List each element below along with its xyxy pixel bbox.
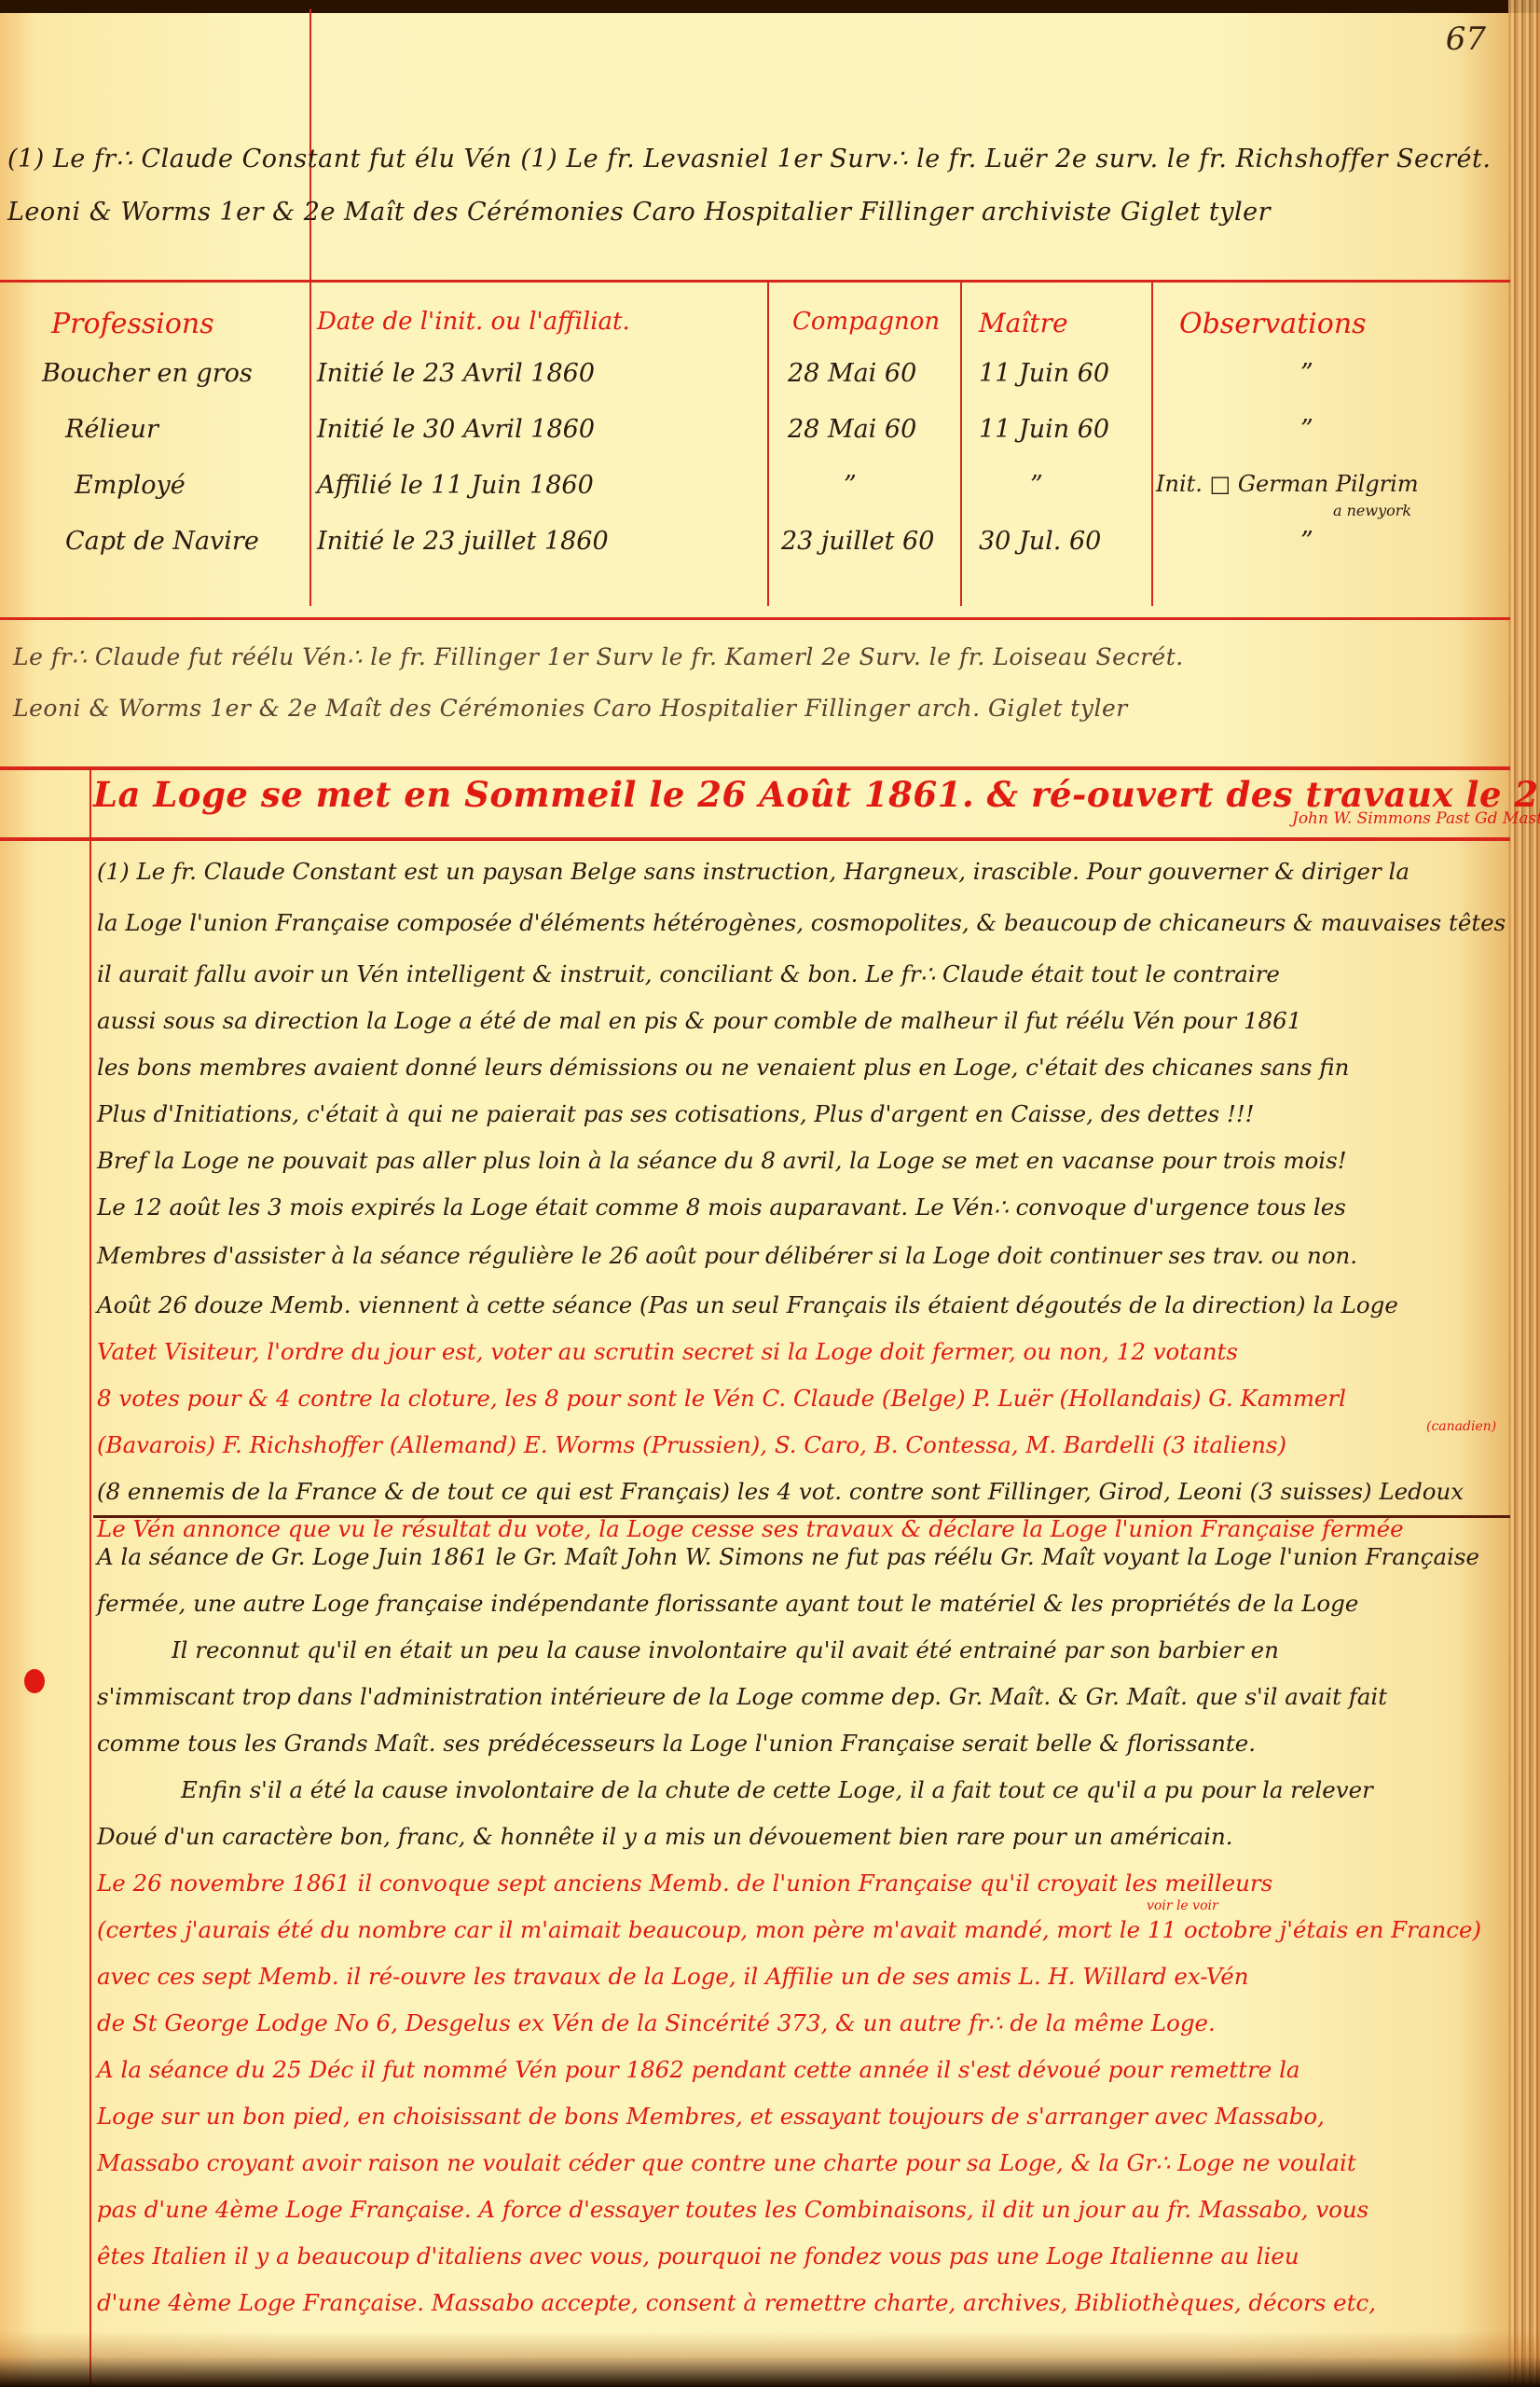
row-3-maitre: ” — [1030, 471, 1043, 500]
ledger-page: 67 (1) Le fr∴ Claude Constant fut élu Vé… — [0, 0, 1540, 2387]
red-ink-blot — [24, 1669, 45, 1693]
narrative-1-line-1: (1) Le fr. Claude Constant est un paysan… — [97, 858, 1409, 885]
narrative-1-line-11: Vatet Visiteur, l'ordre du jour est, vot… — [97, 1338, 1238, 1365]
narrative-1-line-3: il aurait fallu avoir un Vén intelligent… — [97, 960, 1280, 987]
margin-rule-left — [89, 766, 91, 2387]
narrative-2-line-5: comme tous les Grands Maît. ses prédéces… — [97, 1730, 1256, 1757]
narrative-1-line-10: Août 26 douze Memb. viennent à cette séa… — [97, 1291, 1398, 1318]
row-1-observations: ” — [1300, 359, 1313, 388]
page-top-shadow — [0, 0, 1540, 13]
row-1-profession: Boucher en gros — [42, 359, 253, 388]
officers-1860-line-2: Leoni & Worms 1er & 2e Maît des Cérémoni… — [7, 198, 1271, 227]
narrative-2-line-1: A la séance de Gr. Loge Juin 1861 le Gr.… — [97, 1543, 1479, 1570]
row-3-compagnon: ” — [844, 471, 857, 500]
row-2-maitre: 11 Juin 60 — [979, 415, 1109, 444]
narrative-2-line-16: êtes Italien il y a beaucoup d'italiens … — [97, 2242, 1299, 2270]
row-1-compagnon: 28 Mai 60 — [788, 359, 916, 388]
narrative-1-line-13: (Bavarois) F. Richshoffer (Allemand) E. … — [97, 1431, 1286, 1458]
table-col-rule-1 — [767, 280, 769, 606]
narrative-2-line-12: A la séance du 25 Déc il fut nommé Vén p… — [97, 2056, 1300, 2083]
row-2-profession: Rélieur — [65, 415, 158, 444]
section-title-attribution: John W. Simmons Past Gd Master — [1292, 809, 1540, 828]
row-4-date: Initié le 23 juillet 1860 — [317, 527, 609, 556]
banner-bottom-rule — [0, 837, 1510, 841]
row-4-observations: ” — [1300, 527, 1313, 556]
row-4-maitre: 30 Jul. 60 — [979, 527, 1101, 556]
row-4-compagnon: 23 juillet 60 — [781, 527, 934, 556]
narrative-1-line-8: Le 12 août les 3 mois expirés la Loge ét… — [97, 1193, 1346, 1221]
narrative-1-line-6: Plus d'Initiations, c'était à qui ne pai… — [97, 1100, 1255, 1127]
narrative-2-line-8: Le 26 novembre 1861 il convoque sept anc… — [97, 1870, 1272, 1897]
header-date: Date de l'init. ou l'affiliat. — [317, 308, 630, 336]
narrative-1-line-9: Membres d'assister à la séance régulière… — [97, 1242, 1357, 1269]
narrative-2-line-7: Doué d'un caractère bon, franc, & honnêt… — [97, 1823, 1233, 1850]
narrative-2-line-6: Enfin s'il a été la cause involontaire d… — [181, 1776, 1373, 1803]
banner-top-rule — [0, 766, 1510, 770]
section-separator — [93, 1515, 1510, 1518]
narrative-2-line-11: de St George Lodge No 6, Desgelus ex Vén… — [97, 2009, 1216, 2036]
narrative-2-line-10: avec ces sept Memb. il ré-ouvre les trav… — [97, 1963, 1249, 1990]
narrative-1-line-14: (8 ennemis de la France & de tout ce qui… — [97, 1478, 1464, 1505]
row-3-observations-note: a newyork — [1333, 502, 1411, 519]
officers-1860-line-1: (1) Le fr∴ Claude Constant fut élu Vén (… — [7, 145, 1491, 173]
row-3-observations: Init. □ German Pilgrim — [1156, 471, 1419, 497]
narrative-2-line-9: (certes j'aurais été du nombre car il m'… — [97, 1916, 1481, 1943]
narrative-1-line-12: 8 votes pour & 4 contre la cloture, les … — [97, 1385, 1346, 1412]
narrative-2-line-15: pas d'une 4ème Loge Française. A force d… — [97, 2196, 1368, 2223]
table-top-rule — [0, 280, 1510, 283]
narrative-1-line-4: aussi sous sa direction la Loge a été de… — [97, 1007, 1301, 1034]
book-binding-edge — [1508, 0, 1540, 2387]
page-number: 67 — [1446, 21, 1486, 58]
row-3-profession: Employé — [75, 471, 186, 500]
officers-1861-line-1: Le fr∴ Claude fut réélu Vén∴ le fr. Fill… — [13, 643, 1184, 670]
header-maitre: Maître — [979, 308, 1068, 338]
row-2-observations: ” — [1300, 415, 1313, 444]
narrative-2-line-2: fermée, une autre Loge française indépen… — [97, 1590, 1358, 1617]
table-col-rule-3 — [1151, 280, 1153, 606]
row-4-profession: Capt de Navire — [65, 527, 259, 556]
narrative-1-line-15: Le Vén annonce que vu le résultat du vot… — [97, 1515, 1404, 1542]
narrative-1-line-7: Bref la Loge ne pouvait pas aller plus l… — [97, 1147, 1347, 1174]
narrative-1-line-2: la Loge l'union Française composée d'élé… — [97, 909, 1506, 936]
header-professions: Professions — [51, 308, 214, 340]
margin-rule-top — [309, 9, 311, 606]
header-compagnon: Compagnon — [792, 308, 940, 336]
officers-1861-line-2: Leoni & Worms 1er & 2e Maît des Cérémoni… — [13, 695, 1128, 722]
header-observations: Observations — [1179, 308, 1367, 340]
row-2-date: Initié le 30 Avril 1860 — [317, 415, 595, 444]
narrative-2-line-17: d'une 4ème Loge Française. Massabo accep… — [97, 2289, 1376, 2316]
table-bottom-rule — [0, 617, 1510, 620]
margin-note-canadien: (canadien) — [1426, 1419, 1496, 1434]
narrative-2-line-3: Il reconnut qu'il en était un peu la cau… — [172, 1636, 1279, 1663]
narrative-2-line-4: s'immiscant trop dans l'administration i… — [97, 1683, 1387, 1710]
row-2-compagnon: 28 Mai 60 — [788, 415, 916, 444]
row-1-maitre: 11 Juin 60 — [979, 359, 1109, 388]
interlinear-note: voir le voir — [1147, 1898, 1218, 1913]
table-col-rule-2 — [960, 280, 962, 606]
narrative-2-line-14: Massabo croyant avoir raison ne voulait … — [97, 2149, 1356, 2176]
row-3-date: Affilié le 11 Juin 1860 — [317, 471, 594, 500]
narrative-2-line-13: Loge sur un bon pied, en choisissant de … — [97, 2103, 1325, 2130]
row-1-date: Initié le 23 Avril 1860 — [317, 359, 595, 388]
narrative-1-line-5: les bons membres avaient donné leurs dém… — [97, 1054, 1349, 1081]
